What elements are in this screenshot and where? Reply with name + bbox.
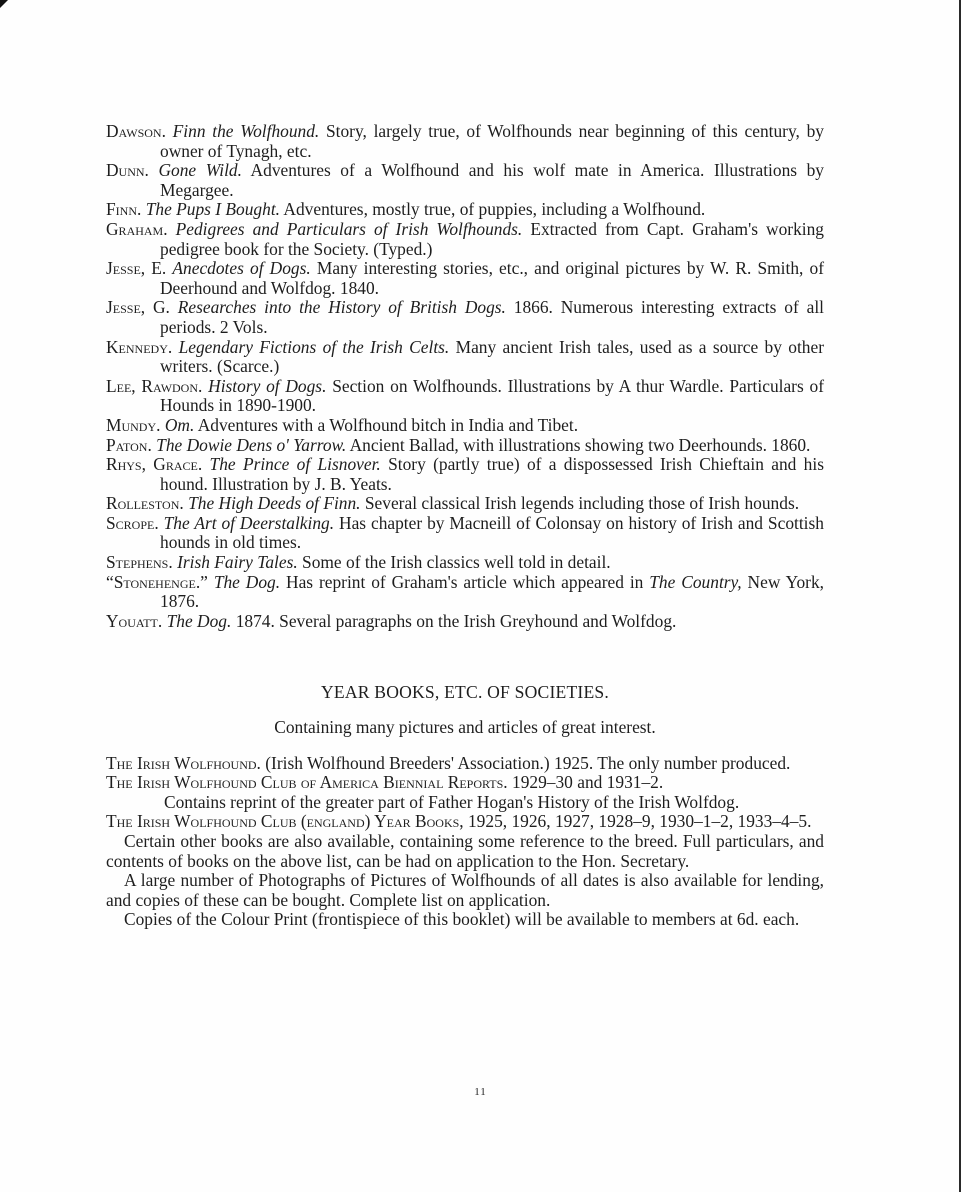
entry-author: Youatt. (106, 611, 162, 631)
entry-note: Adventures, mostly true, of puppies, inc… (280, 199, 705, 219)
bibliography-entry: Jesse, E. Anecdotes of Dogs. Many intere… (106, 259, 824, 298)
bibliography-entry: Lee, Rawdon. History of Dogs. Section on… (106, 377, 824, 416)
bibliography-entry: Graham. Pedigrees and Particulars of Iri… (106, 220, 824, 259)
entry-author: Jesse, E. (106, 258, 166, 278)
entry-title: Irish Fairy Tales. (177, 552, 298, 572)
section-subheading: Containing many pictures and articles of… (106, 718, 824, 738)
bibliography-list: Dawson. Finn the Wolfhound. Story, large… (106, 122, 824, 631)
page-content: Dawson. Finn the Wolfhound. Story, large… (106, 122, 824, 930)
entry-title: The Dog. (167, 611, 232, 631)
entry-title: Om. (165, 415, 194, 435)
entry-author: Dunn. (106, 160, 149, 180)
bibliography-entry: Jesse, G. Researches into the History of… (106, 298, 824, 337)
entry-title: The Dog. (214, 572, 280, 592)
bibliography-entry: Paton. The Dowie Dens o' Yarrow. Ancient… (106, 436, 824, 456)
entry-author: Scrope. (106, 513, 159, 533)
entry-title: Pedigrees and Particulars of Irish Wolfh… (176, 219, 523, 239)
yearbook-text: (Irish Wolfhound Breeders' Association.)… (261, 753, 790, 773)
entry-note: 1874. Several paragraphs on the Irish Gr… (231, 611, 676, 631)
entry-author: Jesse, G. (106, 297, 170, 317)
bibliography-entry: Kennedy. Legendary Fictions of the Irish… (106, 338, 824, 377)
entry-note-title: The Country, (649, 572, 741, 592)
entry-title: The Dowie Dens o' Yarrow. (156, 435, 346, 455)
yearbook-entry: The Irish Wolfhound. (Irish Wolfhound Br… (106, 754, 824, 774)
page-number: 11 (0, 1086, 961, 1098)
bibliography-entry: Finn. The Pups I Bought. Adventures, mos… (106, 200, 824, 220)
body-paragraph: A large number of Photographs of Picture… (106, 871, 824, 910)
yearbook-entry: The Irish Wolfhound Club of America Bien… (106, 773, 824, 793)
entry-author: Rolleston. (106, 493, 184, 513)
bibliography-entry: Rhys, Grace. The Prince of Lisnover. Sto… (106, 455, 824, 494)
section-heading: YEAR BOOKS, ETC. OF SOCIETIES. (106, 683, 824, 703)
entry-note: Some of the Irish classics well told in … (298, 552, 611, 572)
entry-title: The High Deeds of Finn. (188, 493, 360, 513)
bibliography-entry: Scrope. The Art of Deerstalking. Has cha… (106, 514, 824, 553)
entry-author: Mundy. (106, 415, 160, 435)
yearbook-name: The Irish Wolfhound. (106, 753, 261, 773)
entry-note: Ancient Ballad, with illustrations showi… (346, 435, 810, 455)
entry-note: Adventures with a Wolfhound bitch in Ind… (194, 415, 578, 435)
yearbooks-list: The Irish Wolfhound. (Irish Wolfhound Br… (106, 754, 824, 832)
entry-note: Adventures of a Wolfhound and his wolf m… (160, 160, 824, 200)
bibliography-entry: Rolleston. The High Deeds of Finn. Sever… (106, 494, 824, 514)
yearbook-name: The Irish Wolfhound Club of America Bien… (106, 772, 508, 792)
entry-author: Lee, Rawdon. (106, 376, 202, 396)
body-paragraph: Copies of the Colour Print (frontispiece… (106, 910, 824, 930)
entry-author: Finn. (106, 199, 141, 219)
entry-title: Finn the Wolfhound. (173, 121, 320, 141)
entry-author: Rhys, Grace. (106, 454, 202, 474)
scan-corner-mark (0, 0, 8, 8)
entry-note: Several classical Irish legends includin… (361, 493, 800, 513)
entry-title: Anecdotes of Dogs. (172, 258, 310, 278)
bibliography-entry: Stephens. Irish Fairy Tales. Some of the… (106, 553, 824, 573)
entry-title: The Pups I Bought. (146, 199, 280, 219)
entry-title: The Prince of Lisnover. (210, 454, 381, 474)
entry-author: “Stonehenge.” (106, 572, 208, 592)
entry-title: Legendary Fictions of the Irish Celts. (179, 337, 450, 357)
bibliography-entry: Youatt. The Dog. 1874. Several paragraph… (106, 612, 824, 632)
yearbook-text: 1925, 1926, 1927, 1928–9, 1930–1–2, 1933… (464, 811, 812, 831)
bibliography-entry: Dunn. Gone Wild. Adventures of a Wolfhou… (106, 161, 824, 200)
yearbook-text: 1929–30 and 1931–2. (508, 772, 664, 792)
entry-author: Dawson. (106, 121, 166, 141)
entry-title: History of Dogs. (208, 376, 326, 396)
bibliography-entry: Dawson. Finn the Wolfhound. Story, large… (106, 122, 824, 161)
yearbook-name: The Irish Wolfhound Club (england) Year … (106, 811, 464, 831)
entry-title: The Art of Deerstalking. (164, 513, 334, 533)
bibliography-entry: “Stonehenge.” The Dog. Has reprint of Gr… (106, 573, 824, 612)
document-page: Dawson. Finn the Wolfhound. Story, large… (0, 0, 961, 1192)
entry-title: Researches into the History of British D… (178, 297, 506, 317)
entry-note: Has reprint of Graham's article which ap… (280, 572, 649, 592)
entry-author: Paton. (106, 435, 152, 455)
bibliography-entry: Mundy. Om. Adventures with a Wolfhound b… (106, 416, 824, 436)
entry-title: Gone Wild. (158, 160, 241, 180)
entry-author: Stephens. (106, 552, 173, 572)
closing-paragraphs: Certain other books are also available, … (106, 832, 824, 930)
body-paragraph: Certain other books are also available, … (106, 832, 824, 871)
entry-author: Kennedy. (106, 337, 172, 357)
yearbook-continuation: Contains reprint of the greater part of … (106, 793, 824, 813)
entry-author: Graham. (106, 219, 168, 239)
yearbook-entry: The Irish Wolfhound Club (england) Year … (106, 812, 824, 832)
